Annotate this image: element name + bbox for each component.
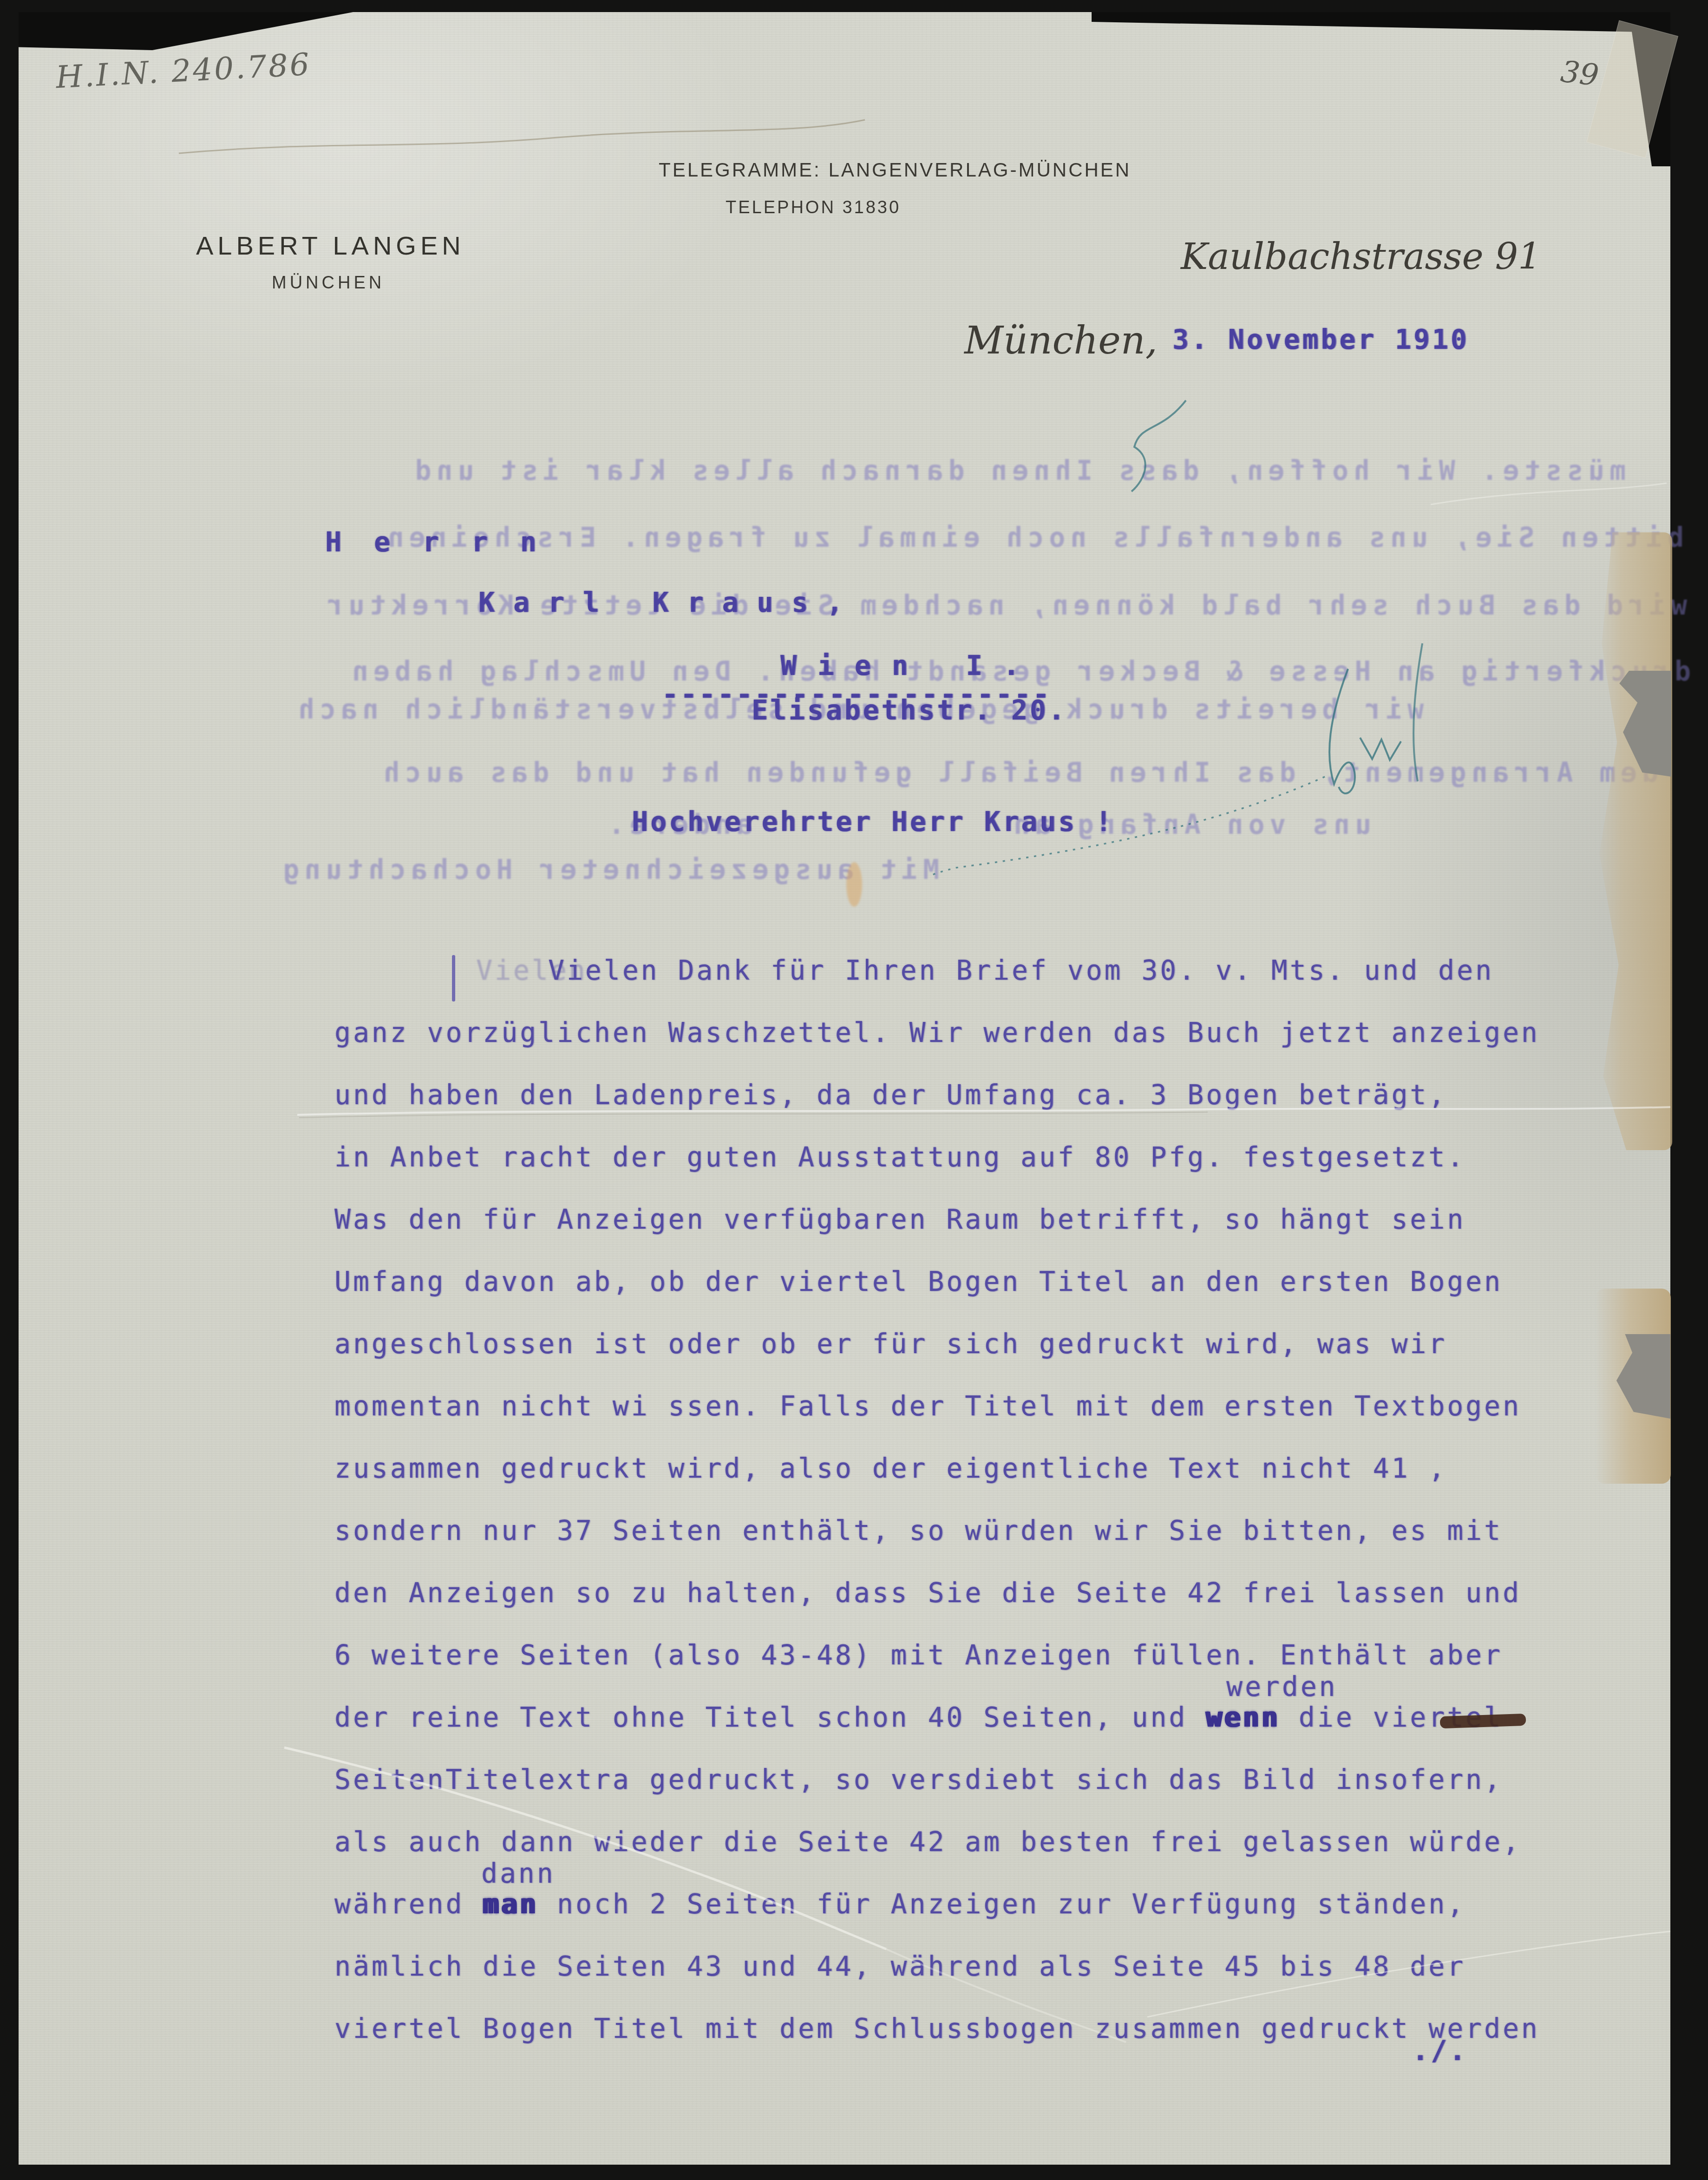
company-name: ALBERT LANGEN [196, 230, 465, 261]
bleedthrough-line-1: müsste. Wir hoffen, dass Ihnen darnach a… [410, 457, 1626, 484]
continuation-mark: ./. [1412, 2037, 1468, 2064]
margin-tick [452, 955, 455, 1002]
recipient-title: Herrn [325, 529, 569, 556]
dateline-date: 3. November 1910 [1172, 326, 1469, 353]
body-line-18: viertel Bogen Titel mit dem Schlussbogen… [334, 2015, 1540, 2042]
body-line-13: der reine Text ohne Titel schon 40 Seite… [334, 1704, 1503, 1731]
body-line-11: den Anzeigen so zu halten, dass Sie die … [334, 1579, 1521, 1606]
company-city: MÜNCHEN [272, 273, 385, 293]
scan-edge-band-top-right [1092, 12, 1670, 33]
interline-insertion-dann: dann [481, 1860, 556, 1887]
body-line-16-prefix: während [334, 1888, 483, 1920]
body-line-17: nämlich die Seiten 43 und 44, während al… [334, 1953, 1466, 1980]
letter-page: H.I.N. 240.786 39 TELEGRAMME: LANGENVERL… [19, 12, 1670, 2165]
body-line-8: momentan nicht wi ssen. Falls der Titel … [334, 1393, 1521, 1420]
body-line-12: 6 weitere Seiten (also 43-48) mit Anzeig… [334, 1642, 1503, 1669]
body-line-13-struck-word: wenn [1206, 1702, 1280, 1733]
interline-insertion-werden: werden [1226, 1673, 1338, 1700]
body-line-16-struck-word: man [483, 1888, 538, 1920]
recipient-street: Elisabethstr. 20. [752, 697, 1067, 724]
body-line-14: SeitenTitelextra gedruckt, so versdiebt … [334, 1766, 1503, 1793]
recipient-city: Wien I. [780, 652, 1040, 679]
body-line-6: Umfang davon ab, ob der viertel Bogen Ti… [334, 1268, 1503, 1295]
tape-strip [1586, 20, 1678, 158]
body-line-13-suffix: die viertel [1280, 1702, 1503, 1733]
letterhead-telegram-line: TELEGRAMME: LANGENVERLAG-MÜNCHEN [659, 159, 1131, 181]
inventory-number: H.I.N. 240.786 [55, 46, 312, 96]
bleedthrough-line-6: dem Arrangement, das Ihren Beifall gefun… [379, 759, 1658, 786]
body-line-13-prefix: der reine Text ohne Titel schon 40 Seite… [334, 1702, 1206, 1733]
body-line-5: Was den für Anzeigen verfügbaren Raum be… [334, 1206, 1466, 1233]
dateline-city: München, [964, 319, 1158, 363]
body-line-7: angeschlossen ist oder ob er für sich ge… [334, 1330, 1447, 1357]
torn-notch-gray-lower [1609, 1334, 1670, 1419]
bleedthrough-line-8: Mit ausgezeichneter Hochachtung [278, 856, 940, 883]
bleedthrough-line-2: bitten Sie, uns andernfalls noch einmal … [383, 524, 1684, 551]
body-line-1: Vielen Dank für Ihren Brief vom 30. v. M… [548, 957, 1494, 984]
greeting-line: Hochverehrter Herr Kraus ! [632, 808, 1114, 835]
recipient-name: Karl Kraus, [478, 589, 861, 616]
folio-number: 39 [1559, 54, 1601, 93]
body-line-3: und haben den Ladenpreis, da der Umfang … [334, 1081, 1447, 1108]
body-line-2: ganz vorzüglichen Waschzettel. Wir werde… [334, 1019, 1540, 1046]
body-line-16: während man noch 2 Seiten für Anzeigen z… [334, 1891, 1466, 1918]
aged-edge-strip [1596, 532, 1672, 1150]
body-line-10: sondern nur 37 Seiten enthält, so würden… [334, 1517, 1503, 1544]
body-line-9: zusammen gedruckt wird, also der eigentl… [334, 1455, 1447, 1482]
street-address: Kaulbachstrasse 91 [1181, 236, 1541, 278]
corner-tear [1599, 12, 1670, 166]
body-line-4: in Anbet racht der guten Ausstattung auf… [334, 1144, 1466, 1171]
scan-edge-wedge-top-left [19, 12, 353, 50]
letterhead-telephone-line: TELEPHON 31830 [726, 198, 901, 218]
aged-edge-strip-lower [1596, 1289, 1671, 1484]
body-line-15: als auch dann wieder die Seite 42 am bes… [334, 1828, 1521, 1855]
body-line-16-suffix: noch 2 Seiten für Anzeigen zur Verfügung… [538, 1888, 1466, 1920]
